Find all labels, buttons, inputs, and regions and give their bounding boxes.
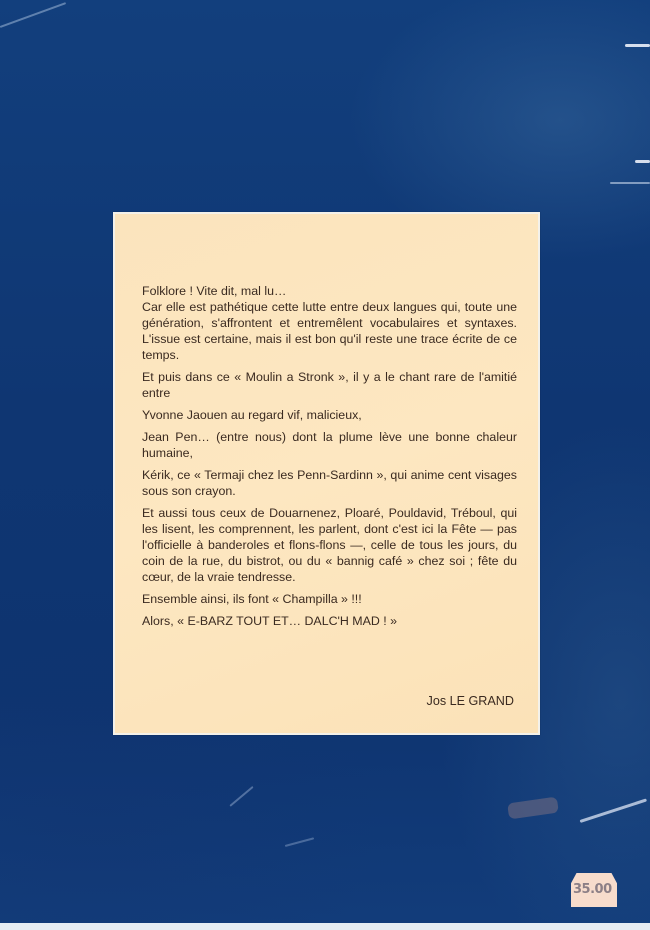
wear-mark: [625, 44, 650, 47]
paragraph: Jean Pen… (entre nous) dont la plume lèv…: [142, 429, 517, 461]
text-panel: Folklore ! Vite dit, mal lu… Car elle es…: [113, 212, 540, 735]
paragraph: Et puis dans ce « Moulin a Stronk », il …: [142, 369, 517, 401]
price-label: 35.00: [573, 882, 617, 897]
wear-mark: [580, 798, 648, 822]
wear-mark: [229, 786, 253, 807]
wear-mark: [285, 837, 314, 847]
wear-mark: [610, 182, 650, 184]
paragraph: Alors, « E-BARZ TOUT ET… DALC'H MAD ! »: [142, 613, 517, 629]
paragraph: Ensemble ainsi, ils font « Champilla » !…: [142, 591, 517, 607]
paragraph: Kérik, ce « Termaji chez les Penn-Sardin…: [142, 467, 517, 499]
scan-edge: [0, 923, 650, 930]
book-back-cover: Folklore ! Vite dit, mal lu… Car elle es…: [0, 0, 650, 923]
price-sticker: 35.00: [571, 873, 617, 907]
wear-mark: [635, 160, 650, 163]
stain-mark: [507, 797, 559, 820]
paragraph: Et aussi tous ceux de Douarnenez, Ploaré…: [142, 505, 517, 585]
paragraph: Car elle est pathétique cette lutte entr…: [142, 299, 517, 363]
author-signature: Jos LE GRAND: [427, 694, 514, 708]
intro-line: Folklore ! Vite dit, mal lu…: [142, 283, 517, 299]
wear-mark: [0, 2, 66, 28]
panel-body: Folklore ! Vite dit, mal lu… Car elle es…: [142, 283, 517, 635]
paragraph: Yvonne Jaouen au regard vif, malicieux,: [142, 407, 517, 423]
